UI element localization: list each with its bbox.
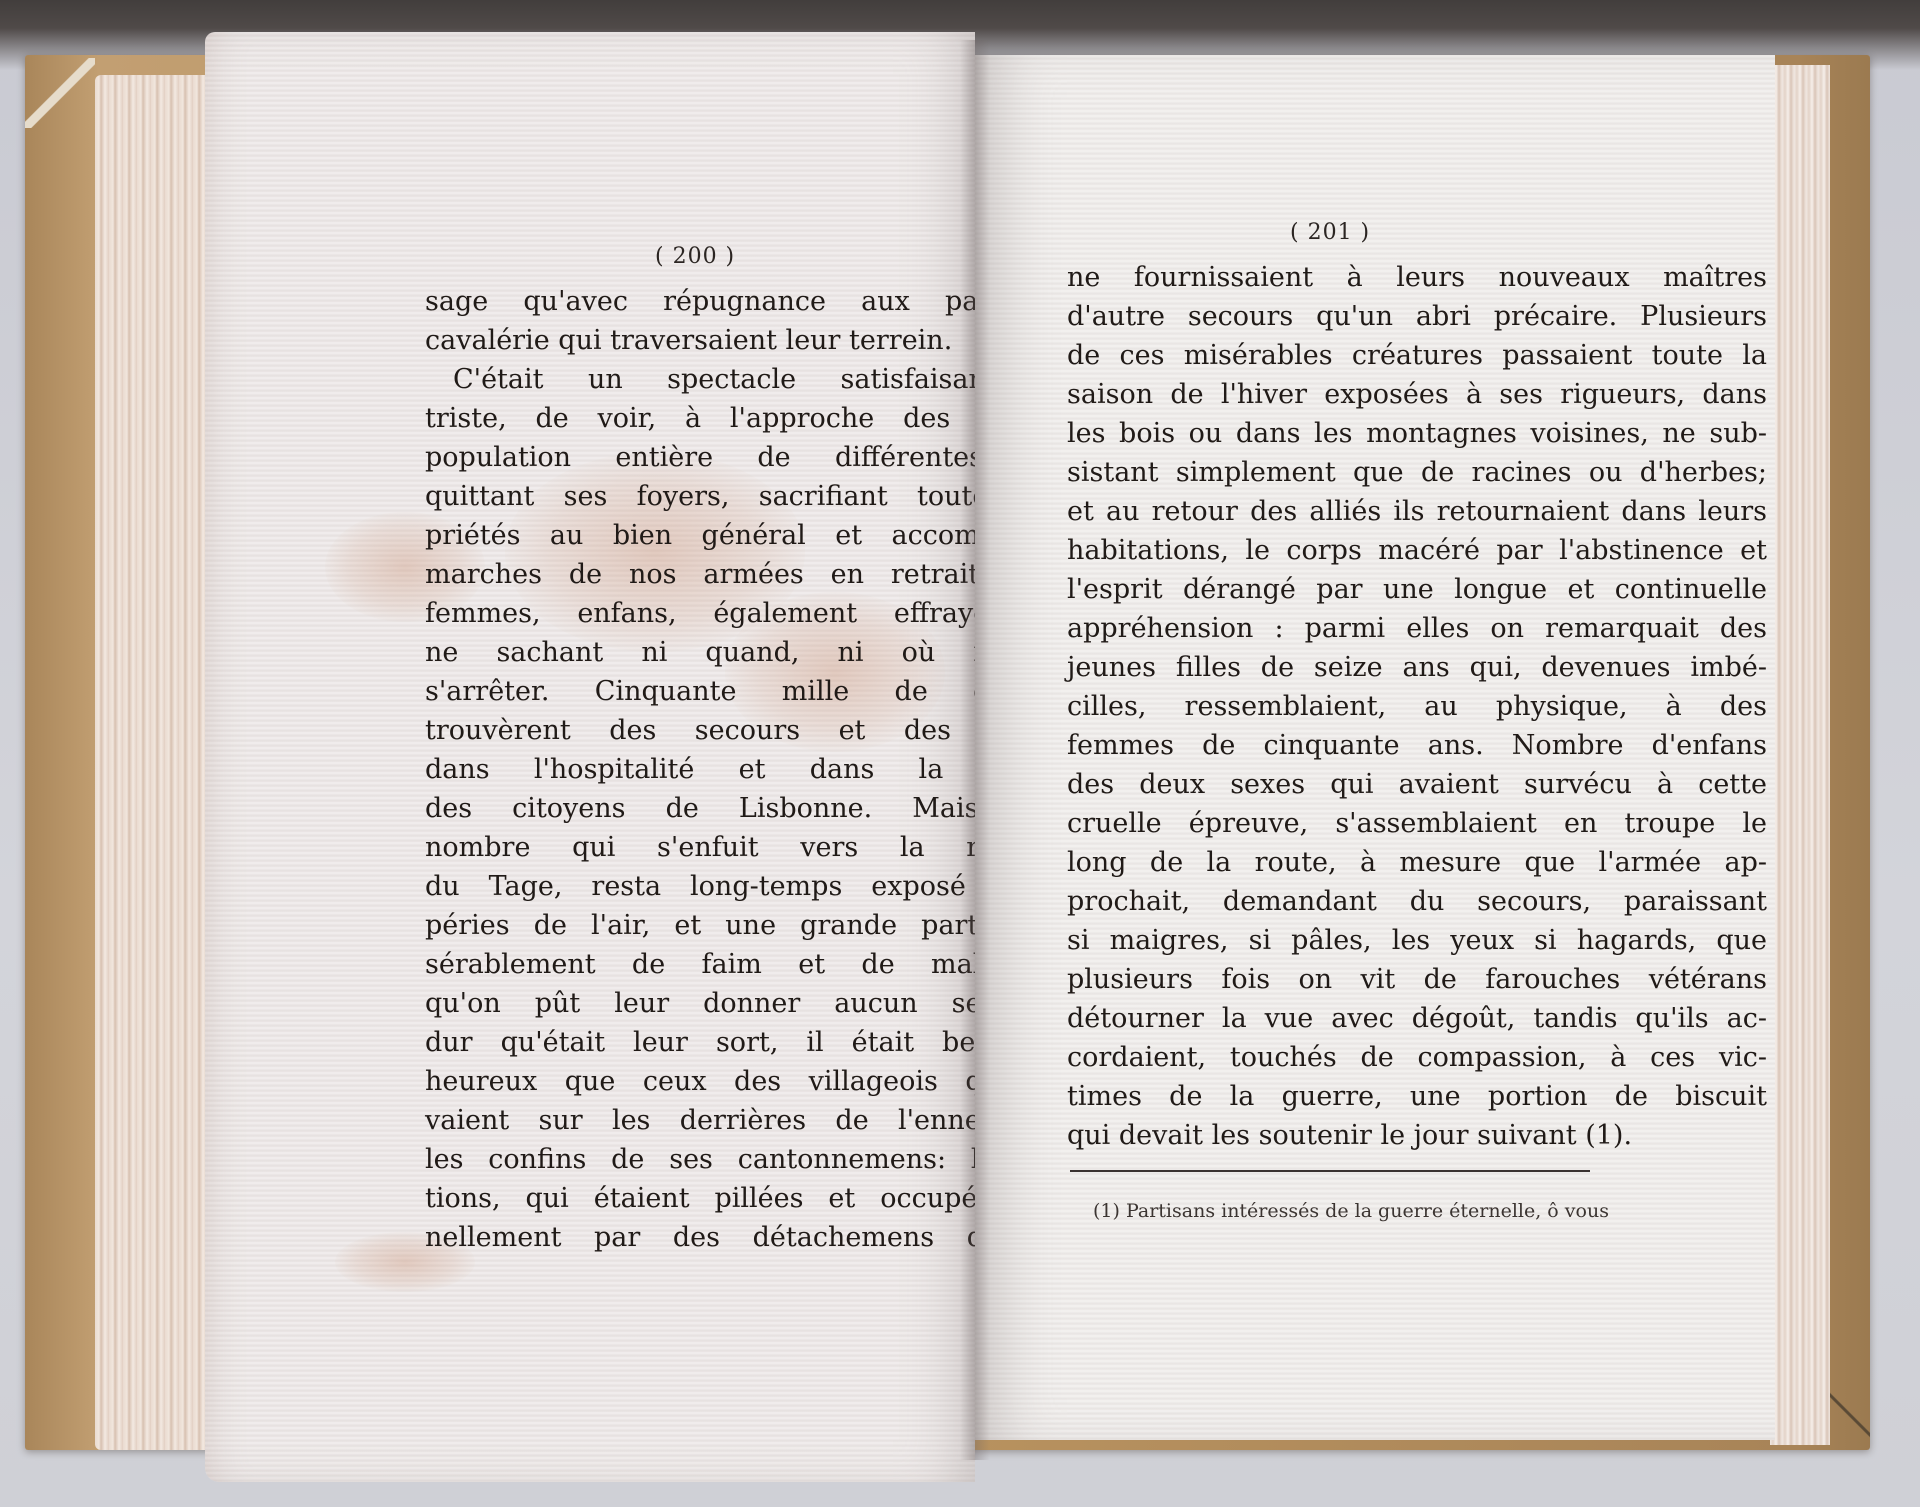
- text-line: times de la guerre, une portion de biscu…: [1067, 1077, 1767, 1116]
- text-line: saison de l'hiver exposées à ses rigueur…: [1067, 375, 1767, 414]
- left-page: ( 200 ) sage qu'avec répugnance aux patr…: [205, 32, 975, 1482]
- text-line: l'esprit dérangé par une longue et conti…: [1067, 570, 1767, 609]
- page-number-left: ( 200 ): [655, 244, 735, 269]
- footnote-divider: [1070, 1170, 1590, 1172]
- text-line: cruelle épreuve, s'assemblaient en troup…: [1067, 804, 1767, 843]
- text-line: sistant simplement que de racines ou d'h…: [1067, 453, 1767, 492]
- text-line: prochait, demandant du secours, paraissa…: [1067, 882, 1767, 921]
- text-line: cordaient, touchés de compassion, à ces …: [1067, 1038, 1767, 1077]
- text-line: ne fournissaient à leurs nouveaux maître…: [1067, 258, 1767, 297]
- cover-corner-fold-left: [25, 58, 95, 128]
- right-page: ( 201 ) ne fournissaient à leurs nouveau…: [975, 55, 1775, 1440]
- text-line: si maigres, si pâles, les yeux si hagard…: [1067, 921, 1767, 960]
- text-line: femmes de cinquante ans. Nombre d'enfans: [1067, 726, 1767, 765]
- page-stack-right: [1770, 65, 1830, 1445]
- text-line: les bois ou dans les montagnes voisines,…: [1067, 414, 1767, 453]
- text-line: cilles, ressemblaient, au physique, à de…: [1067, 687, 1767, 726]
- text-line: des deux sexes qui avaient survécu à cet…: [1067, 765, 1767, 804]
- footnote: (1) Partisans intéressés de la guerre ét…: [1093, 1200, 1593, 1222]
- page-stack-left: [95, 75, 215, 1450]
- text-line: long de la route, à mesure que l'armée a…: [1067, 843, 1767, 882]
- page-number-right: ( 201 ): [1290, 220, 1370, 245]
- text-line: détourner la vue avec dégoût, tandis qu'…: [1067, 999, 1767, 1038]
- text-line: qui devait les soutenir le jour suivant …: [1067, 1116, 1767, 1155]
- text-line: d'autre secours qu'un abri précaire. Plu…: [1067, 297, 1767, 336]
- text-line: appréhension : parmi elles on remarquait…: [1067, 609, 1767, 648]
- text-line: de ces misérables créatures passaient to…: [1067, 336, 1767, 375]
- book-gutter: [960, 40, 990, 1460]
- text-line: plusieurs fois on vit de farouches vétér…: [1067, 960, 1767, 999]
- text-line: habitations, le corps macéré par l'absti…: [1067, 531, 1767, 570]
- text-line: et au retour des alliés ils retournaient…: [1067, 492, 1767, 531]
- right-page-text: ne fournissaient à leurs nouveaux maître…: [1067, 258, 1767, 1155]
- text-line: jeunes filles de seize ans qui, devenues…: [1067, 648, 1767, 687]
